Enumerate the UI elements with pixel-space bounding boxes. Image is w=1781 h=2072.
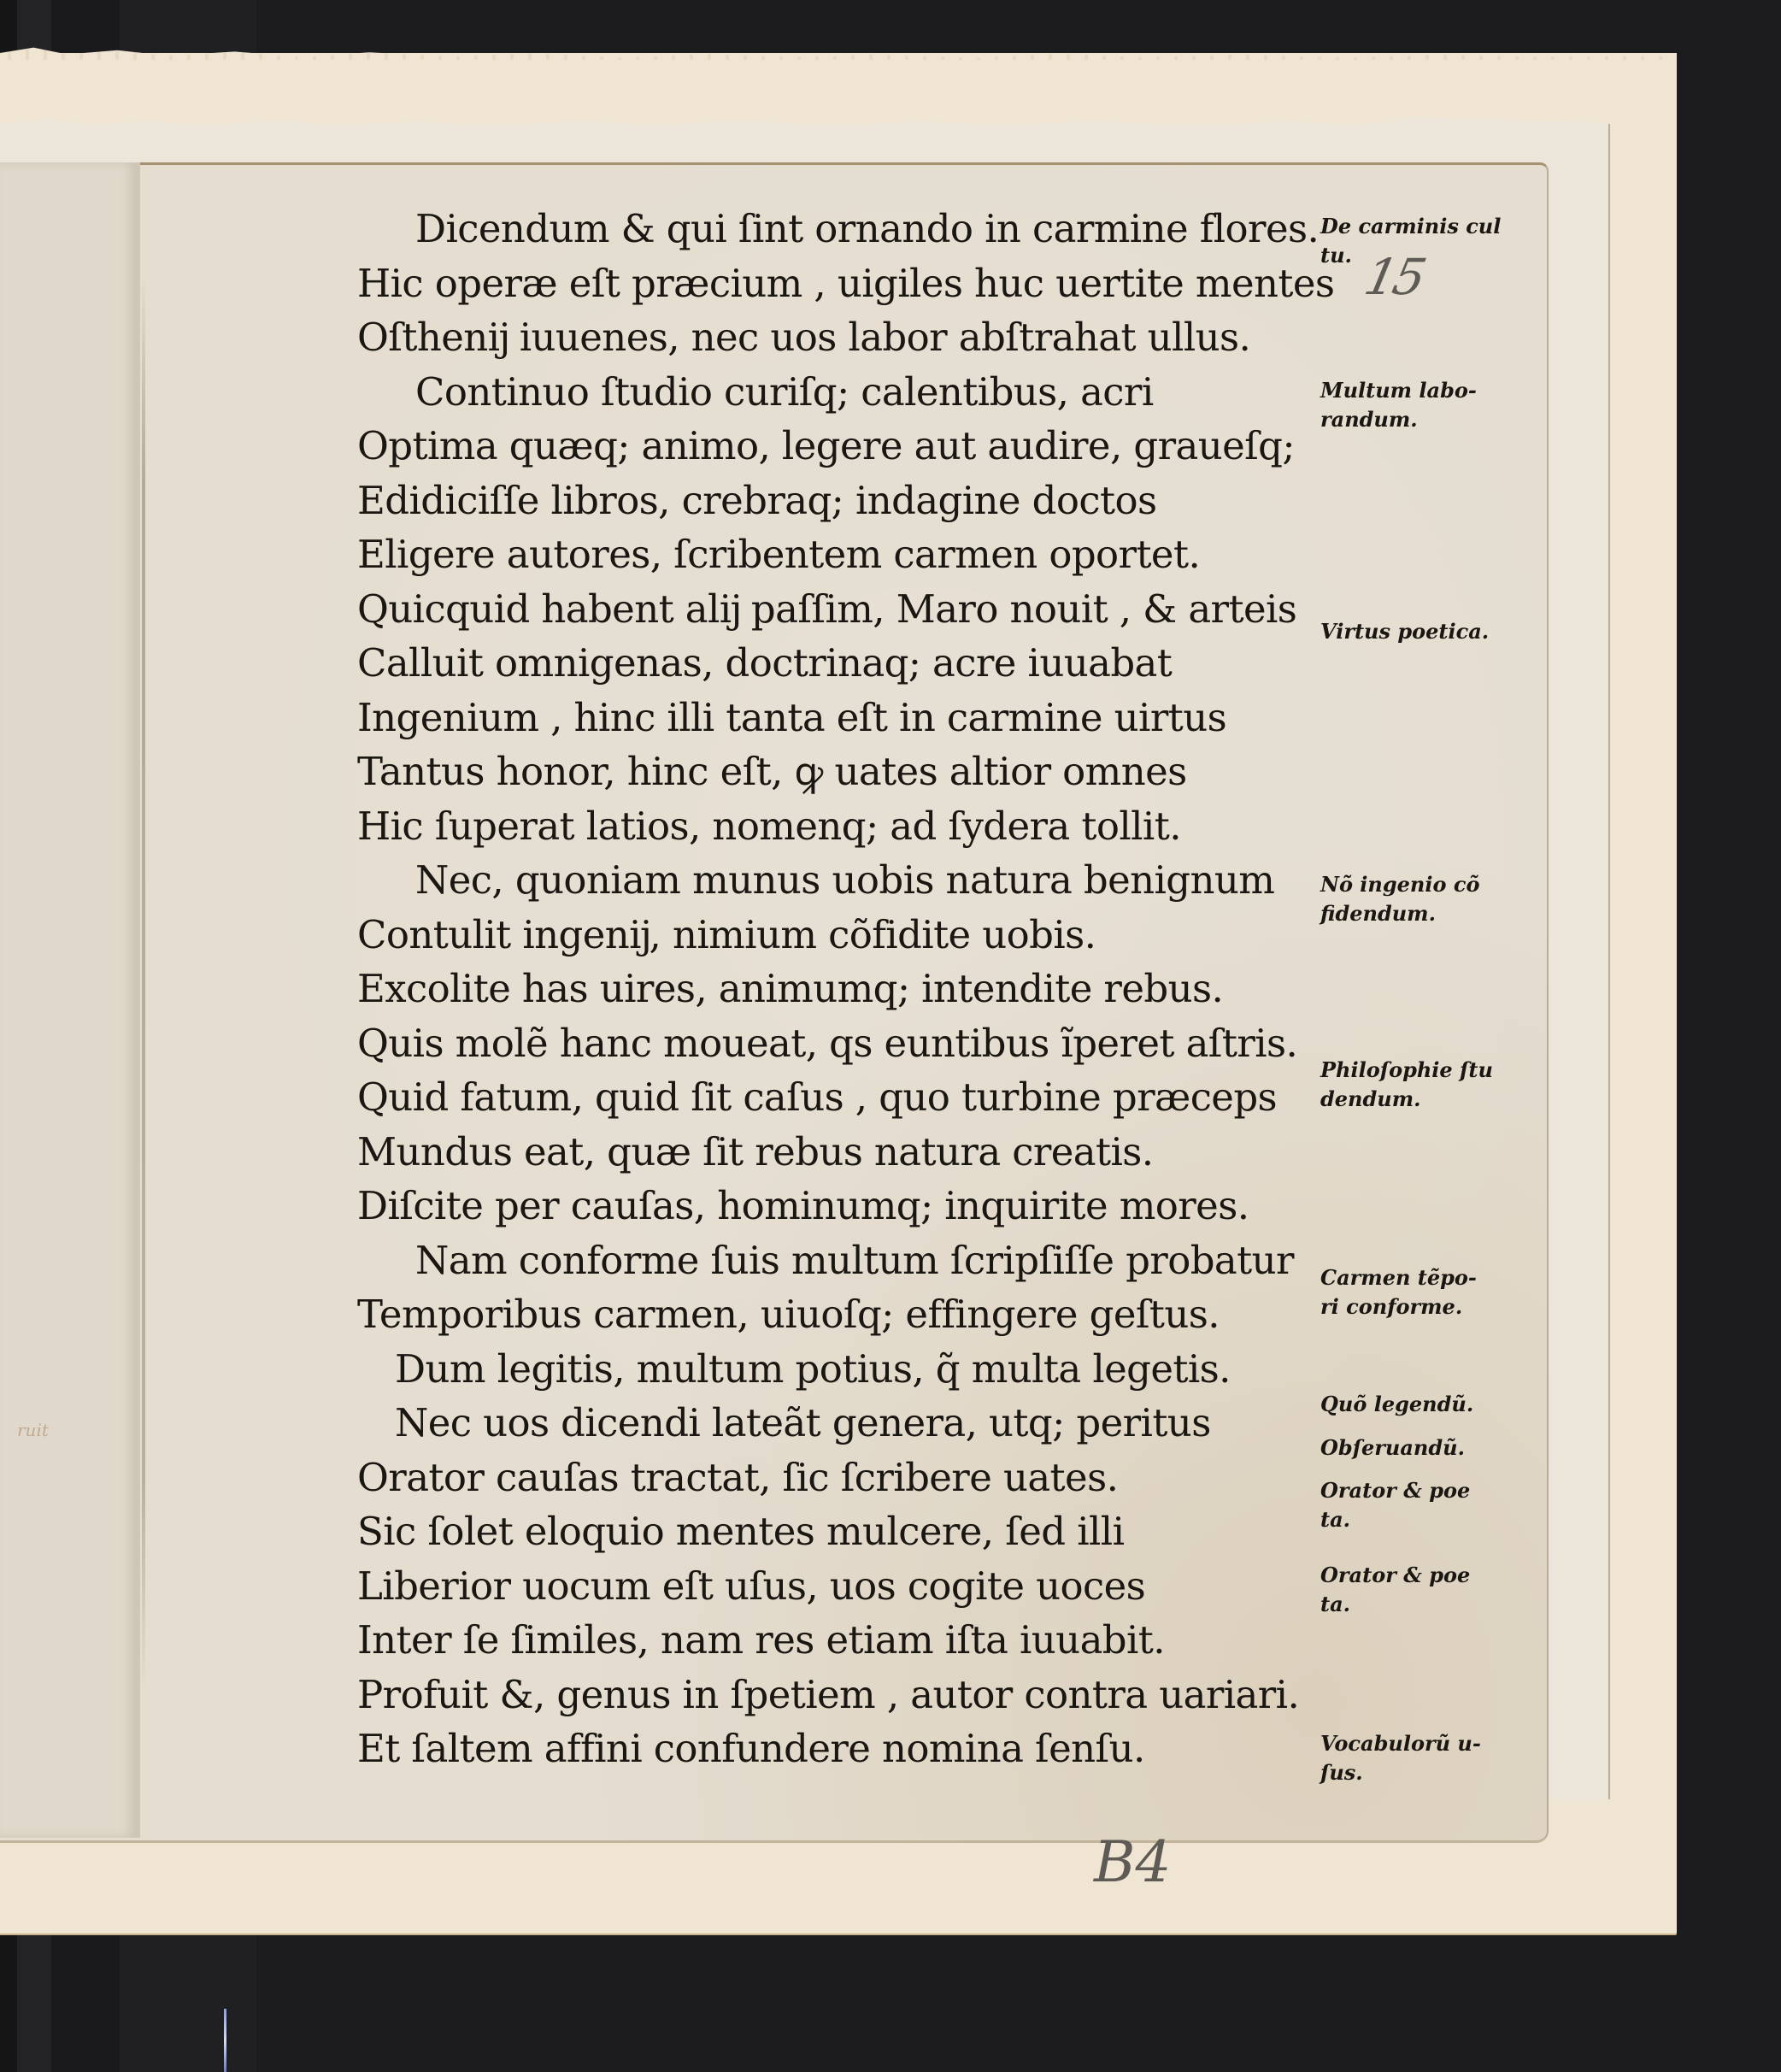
gloss-line: De carminis cul [1320,212,1501,241]
verse-line: Inter ſe ſimiles, nam res etiam iſta iuu… [357,1613,1331,1668]
marginal-gloss: Virtus poetica. [1320,617,1489,646]
verse-line: Nec, quoniam munus uobis natura benignum [357,853,1331,908]
gloss-line: Obſeruandũ. [1320,1433,1465,1463]
marginal-gloss: Obſeruandũ. [1320,1433,1465,1463]
verse-line: Continuo ſtudio curiſq; calentibus, acri [357,365,1331,420]
verse-line: Hic ſuperat latios, nomenq; ad ſydera to… [357,799,1331,854]
verse-line: Ingenium , hinc illi tanta eſt in carmin… [357,691,1331,745]
gloss-line: tu. [1320,241,1501,270]
gloss-line: Carmen tẽpo- [1320,1263,1477,1292]
gloss-line: ta. [1320,1590,1470,1619]
verse-line: Excolite has uires, animumq; intendite r… [357,962,1331,1016]
faded-note: ruit [17,1419,49,1441]
verse-line: Orator cauſas tractat, ſic ſcribere uate… [357,1451,1331,1505]
verse-line: Calluit omnigenas, doctrinaq; acre iuuab… [357,636,1331,691]
verse-line: Quis molẽ hanc moueat, qs euntibus ĩpere… [357,1016,1331,1071]
marginal-gloss: Multum labo-randum. [1320,376,1477,434]
gloss-line: ſus. [1320,1758,1481,1787]
verse-line: Oſthenĳ iuuenes, nec uos labor abſtrahat… [357,310,1331,365]
verse-line: Profuit &, genus in ſpetiem , autor cont… [357,1668,1331,1722]
verse-line: Diſcite per cauſas, hominumq; inquirite … [357,1179,1331,1233]
signature-mark: B4 [1094,1829,1172,1895]
facing-page-edge [0,162,140,1838]
gloss-line: dendum. [1320,1085,1493,1114]
gloss-line: ta. [1320,1505,1470,1534]
marginal-gloss: Vocabulorũ u-ſus. [1320,1729,1481,1787]
faded-margin-notes: ruit [17,1445,120,1547]
gutter-fold [142,274,145,1692]
gloss-line: Nõ ingenio cõ [1320,870,1479,899]
verse-line: Dum legitis, multum potius, q̃ multa leg… [357,1342,1331,1397]
marginal-gloss: Orator & poeta. [1320,1561,1470,1619]
verse-line: Eligere autores, ſcribentem carmen oport… [357,527,1331,582]
verse-line: Liberior uocum eſt uſus, uos cogite uoce… [357,1559,1331,1614]
marginal-gloss: Quõ legendũ. [1320,1390,1473,1419]
gloss-line: Virtus poetica. [1320,617,1489,646]
marginal-gloss: Orator & poeta. [1320,1476,1470,1534]
verse-line: Mundus eat, quæ ſit rebus natura creatis… [357,1125,1331,1180]
verse-line: Quid fatum, quid ſit caſus , quo turbine… [357,1070,1331,1125]
gloss-line: randum. [1320,405,1477,434]
verse-line: Temporibus carmen, uiuoſq; effingere geſ… [357,1287,1331,1342]
gloss-line: Philoſophie ſtu [1320,1056,1493,1085]
gloss-line: Vocabulorũ u- [1320,1729,1481,1758]
bookmark-thread [224,2009,226,2072]
verse-line: Contulit ingenĳ, nimium cõfidite uobis. [357,908,1331,962]
verse-line: Dicendum & qui ſint ornando in carmine f… [357,202,1331,256]
marginal-gloss: Philoſophie ſtudendum. [1320,1056,1493,1114]
verse-block: Dicendum & qui ſint ornando in carmine f… [357,202,1331,1776]
gloss-line: fidendum. [1320,899,1479,928]
marginal-gloss: Carmen tẽpo-ri conforme. [1320,1263,1477,1321]
verse-line: Nec uos dicendi lateãt genera, utq; peri… [357,1396,1331,1451]
marginal-gloss: De carminis cultu. [1320,212,1501,270]
verse-line: Tantus honor, hinc eſt, ꝙ uates altior o… [357,745,1331,799]
gloss-line: Multum labo- [1320,376,1477,405]
gloss-line: Orator & poe [1320,1476,1470,1505]
verse-line: Nam conforme ſuis multum ſcripſiſſe prob… [357,1233,1331,1288]
marginal-gloss: Nõ ingenio cõfidendum. [1320,870,1479,928]
gloss-line: Orator & poe [1320,1561,1470,1590]
gloss-line: Quõ legendũ. [1320,1390,1473,1419]
verse-line: Et ſaltem affini confundere nomina ſenſu… [357,1722,1331,1776]
verse-line: Quicquid habent alĳ paſſim, Maro nouit ,… [357,582,1331,637]
verse-line: Hic operæ eſt præcium , uigiles huc uert… [357,256,1331,311]
gloss-line: ri conforme. [1320,1292,1477,1321]
verse-line: Optima quæq; animo, legere aut audire, g… [357,419,1331,474]
verse-line: Edidiciſſe libros, crebraq; indagine doc… [357,474,1331,528]
verse-line: Sic ſolet eloquio mentes mulcere, ſed il… [357,1504,1331,1559]
